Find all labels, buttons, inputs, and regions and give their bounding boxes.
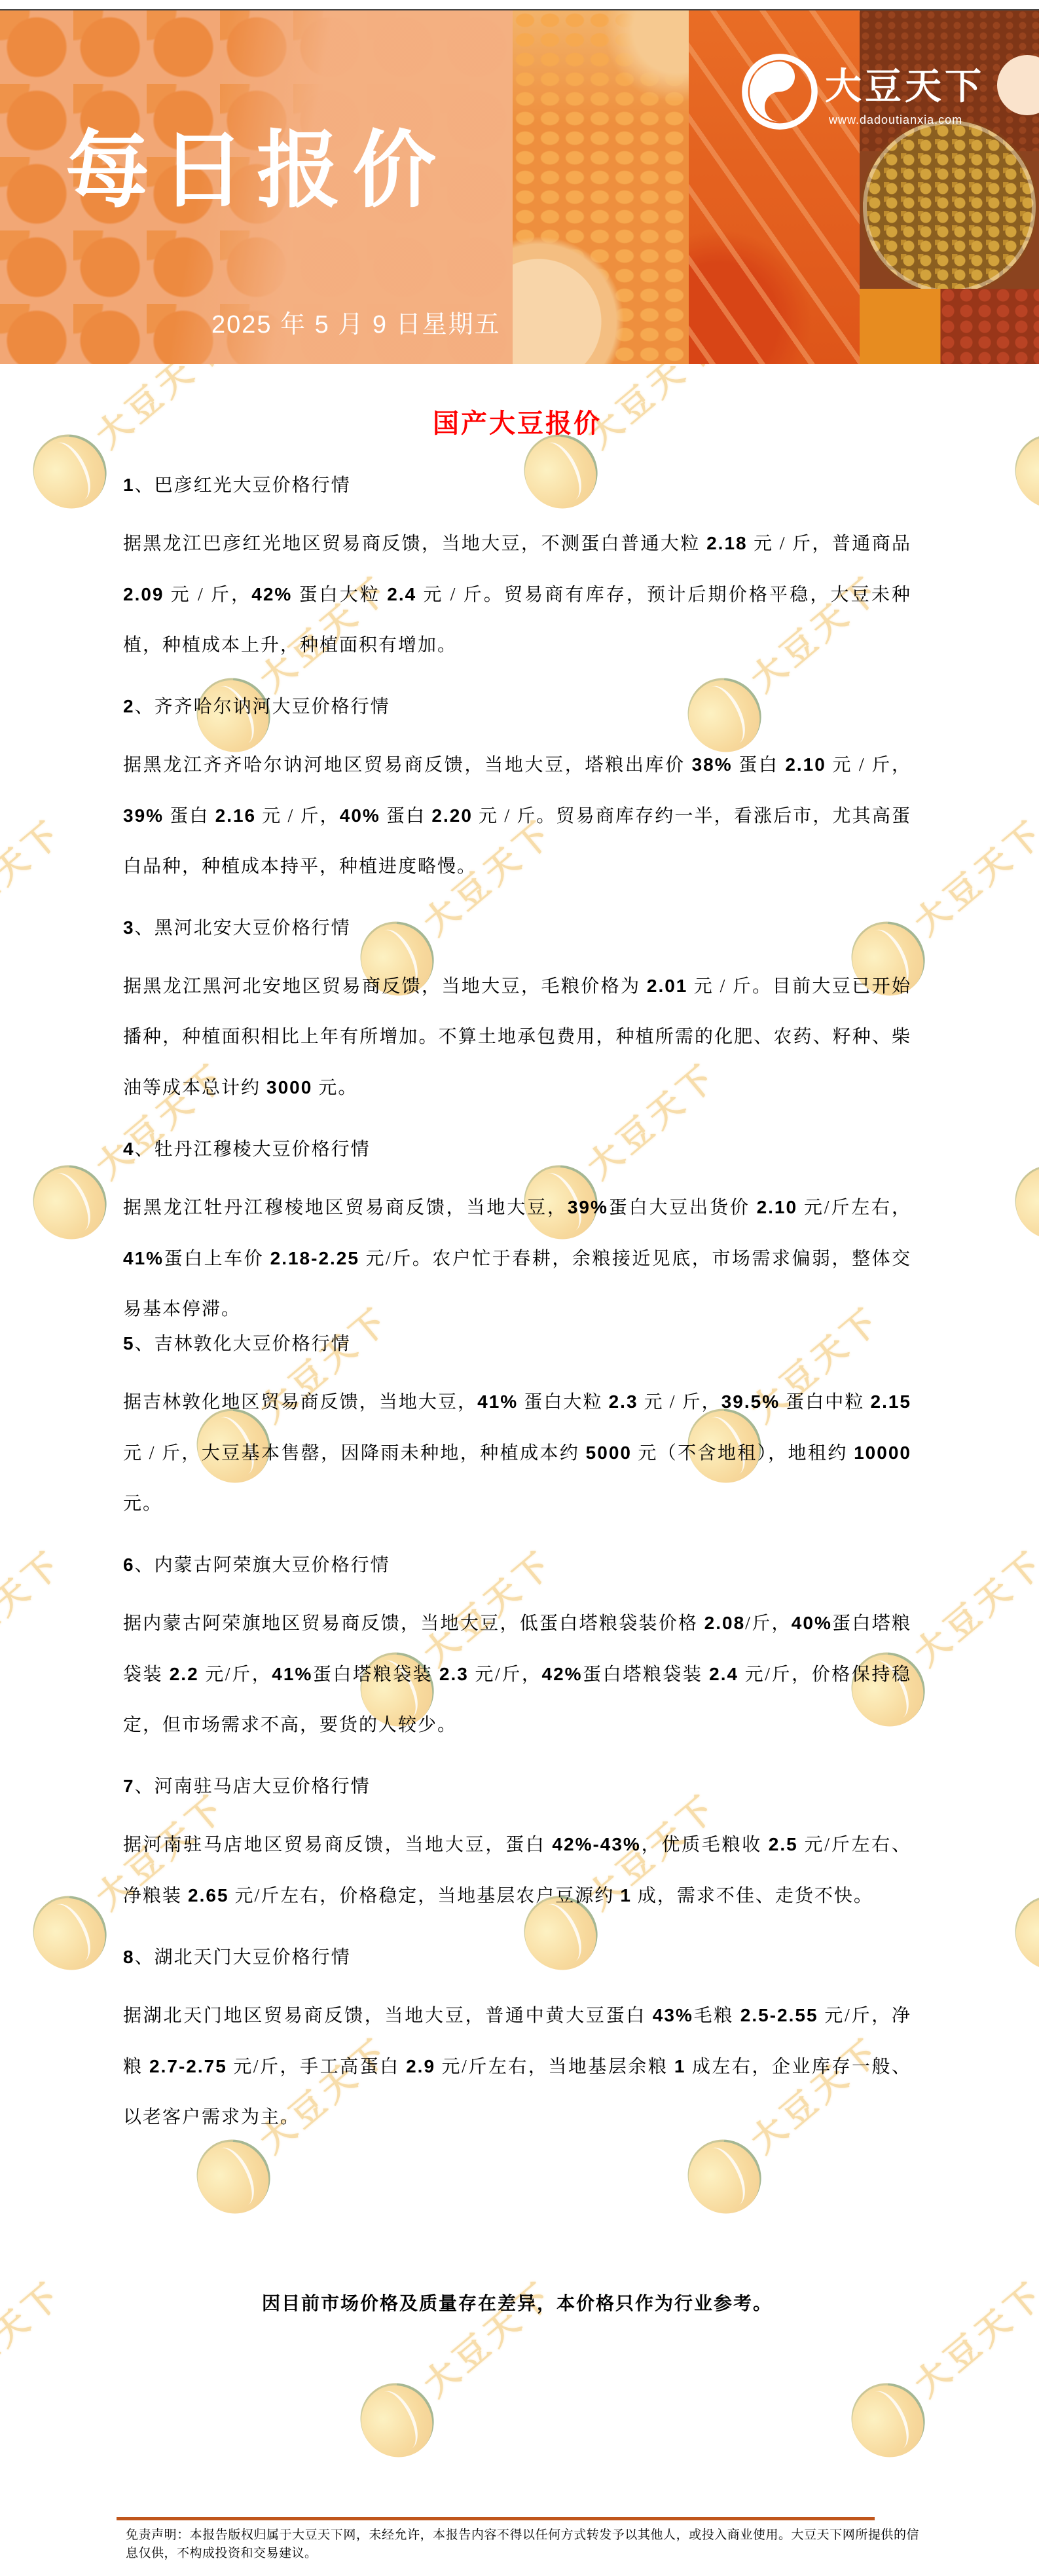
report-title: 国产大豆报价 — [123, 398, 911, 449]
sections: 1、巴彦红光大豆价格行情 据黑龙江巴彦红光地区贸易商反馈，当地大豆，不测蛋白普通… — [123, 460, 911, 2143]
section-heading: 8、湖北天门大豆价格行情 — [123, 1932, 911, 1983]
section-paragraph: 据湖北天门地区贸易商反馈，当地大豆，普通中黄大豆蛋白 43%毛粮 2.5-2.5… — [123, 1990, 911, 2143]
section-paragraph: 据内蒙古阿荣旗地区贸易商反馈，当地大豆，低蛋白塔粮袋装价格 2.08/斤，40%… — [123, 1598, 911, 1750]
section-paragraph: 据河南驻马店地区贸易商反馈，当地大豆，蛋白 42%-43%，优质毛粮收 2.5 … — [123, 1819, 911, 1921]
section-heading: 6、内蒙古阿荣旗大豆价格行情 — [123, 1539, 911, 1591]
footer-disclaimer: 免责声明：本报告版权归属于大豆天下网，未经允许，本报告内容不得以任何方式转发予以… — [126, 2526, 919, 2563]
section-paragraph: 据吉林敦化地区贸易商反馈，当地大豆，41% 蛋白大粒 2.3 元 / 斤，39.… — [123, 1376, 911, 1529]
header-banner: 每日报价 2025 年 5 月 9 日星期五 大豆天下 www.dadoutia… — [0, 10, 1039, 364]
yin-yang-bean-icon — [741, 50, 818, 134]
section-heading: 2、齐齐哈尔讷河大豆价格行情 — [123, 681, 911, 732]
brand-name: 大豆天下 — [825, 67, 985, 107]
footer-divider — [117, 2517, 875, 2520]
page-title: 每日报价 — [65, 120, 448, 221]
report-disclaimer: 因目前市场价格及质量存在差异，本价格只作为行业参考。 — [123, 2279, 911, 2330]
section-heading: 3、黑河北安大豆价格行情 — [123, 902, 911, 953]
report-date: 2025 年 5 月 9 日星期五 — [211, 304, 501, 340]
section-heading: 4、牡丹江穆棱大豆价格行情 — [123, 1124, 911, 1175]
section-heading: 1、巴彦红光大豆价格行情 — [123, 460, 911, 511]
section-heading: 5、吉林敦化大豆价格行情 — [123, 1318, 911, 1369]
section-paragraph: 据黑龙江齐齐哈尔讷河地区贸易商反馈，当地大豆，塔粮出库价 38% 蛋白 2.10… — [123, 739, 911, 892]
red-beans-texture — [860, 289, 1039, 364]
section-paragraph: 据黑龙江黑河北安地区贸易商反馈，当地大豆，毛粮价格为 2.01 元 / 斤。目前… — [123, 961, 911, 1113]
page: 每日报价 2025 年 5 月 9 日星期五 大豆天下 www.dadoutia… — [0, 0, 1039, 2576]
brand-url: www.dadoutianxia.com — [829, 113, 985, 127]
bean-leaf-icon — [345, 2368, 448, 2473]
brand-text-block: 大豆天下 www.dadoutianxia.com — [825, 50, 985, 127]
section-paragraph: 据黑龙江巴彦红光地区贸易商反馈，当地大豆，不测蛋白普通大粒 2.18 元 / 斤… — [123, 518, 911, 671]
page-footer: 免责声明：本报告版权归属于大豆天下网，未经允许，本报告内容不得以任何方式转发予以… — [0, 2517, 1039, 2563]
bean-cup-texture — [863, 120, 1036, 293]
section-heading: 7、河南驻马店大豆价格行情 — [123, 1761, 911, 1812]
report-body: 国产大豆报价 1、巴彦红光大豆价格行情 据黑龙江巴彦红光地区贸易商反馈，当地大豆… — [0, 364, 1039, 2330]
bean-leaf-icon — [836, 2368, 939, 2473]
section-paragraph: 据黑龙江牡丹江穆棱地区贸易商反馈，当地大豆，39%蛋白大豆出货价 2.10 元/… — [123, 1182, 911, 1334]
brand-logo: 大豆天下 www.dadoutianxia.com — [741, 50, 985, 134]
header-photo-corn — [513, 10, 689, 364]
